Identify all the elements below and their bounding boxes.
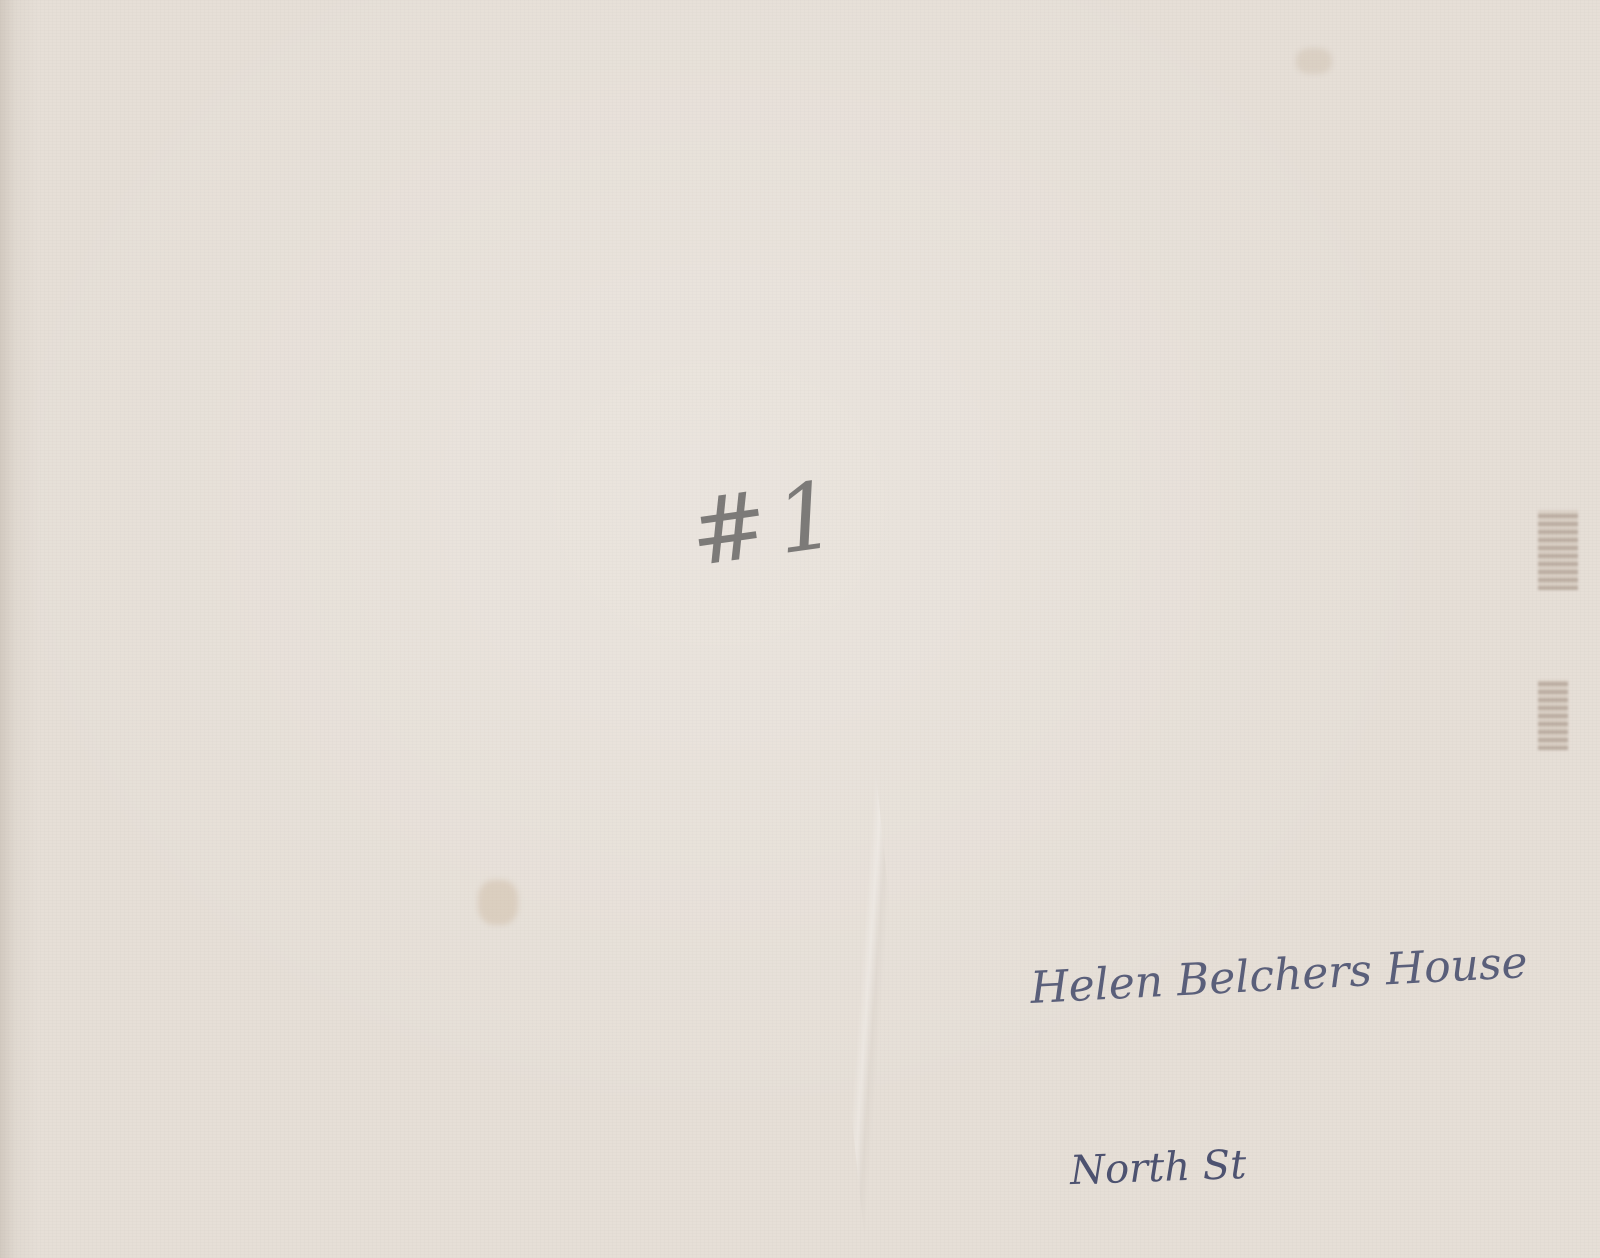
paper-edge-shadow — [0, 0, 40, 1258]
photo-back-paper: #1 Helen Belchers House North St — [0, 0, 1600, 1258]
adhesive-residue — [1538, 510, 1578, 590]
handwritten-caption: Helen Belchers House — [1029, 937, 1529, 1014]
paper-crease — [810, 714, 926, 1255]
paper-stain — [478, 880, 518, 925]
adhesive-residue — [1538, 680, 1568, 750]
paper-stain — [1296, 48, 1332, 74]
handwritten-street: North St — [1069, 1142, 1247, 1194]
pencil-number-annotation: #1 — [683, 460, 852, 588]
